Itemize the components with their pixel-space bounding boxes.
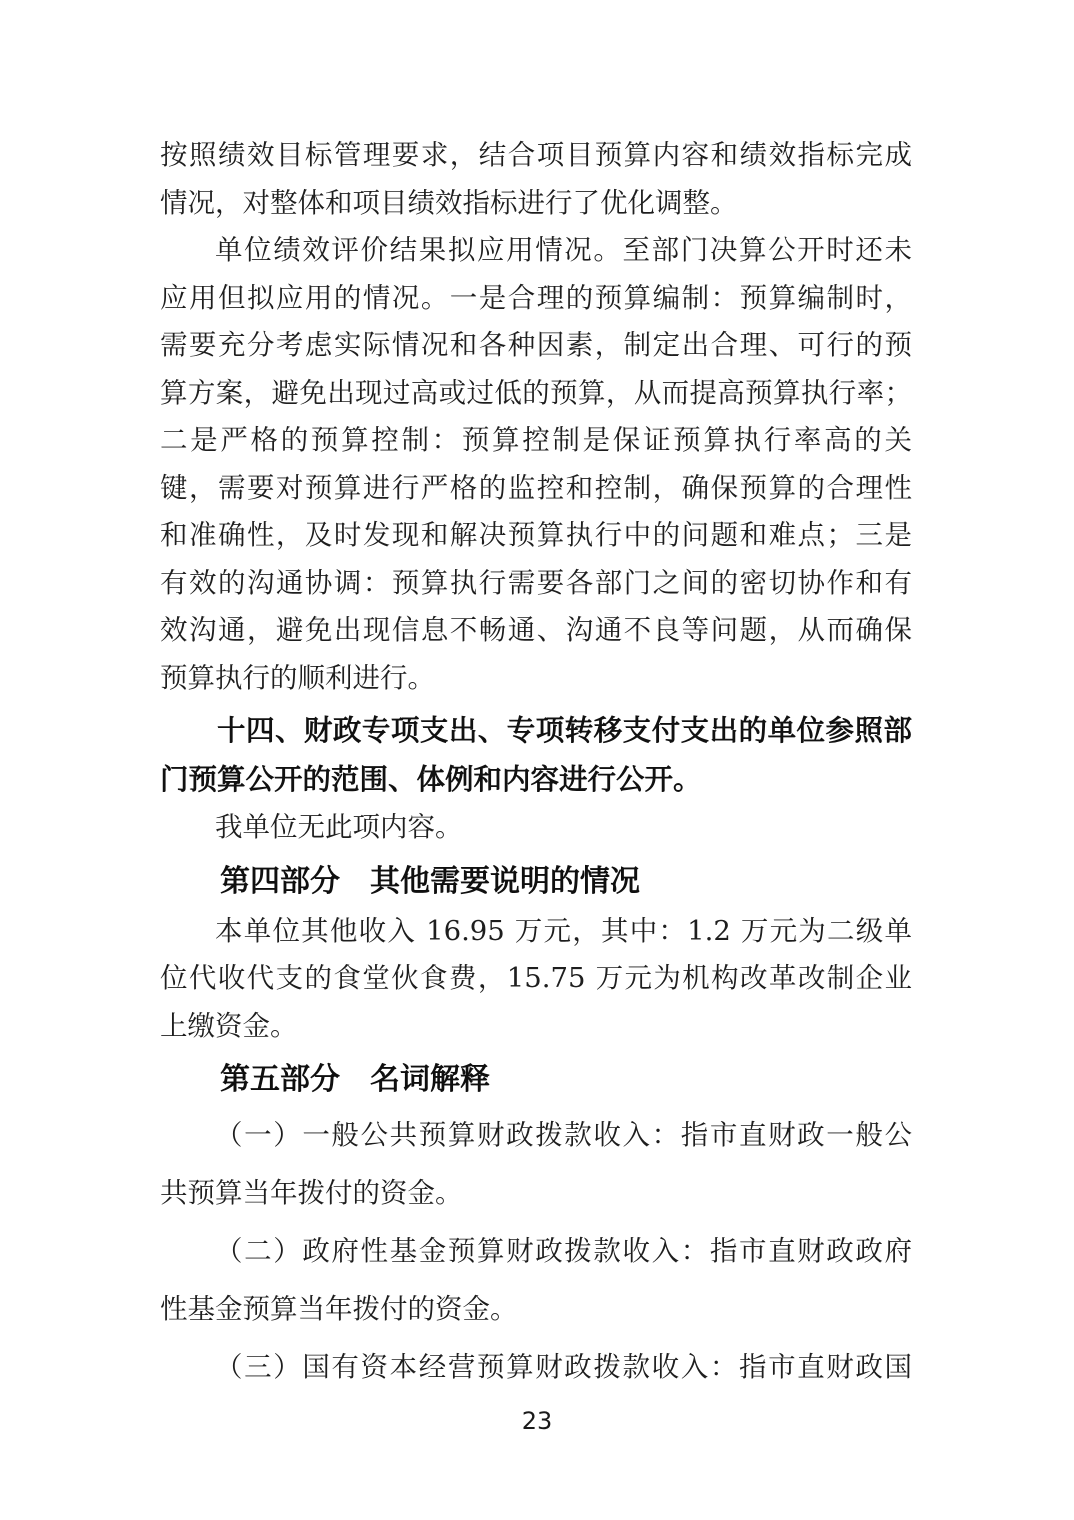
- text-line: 十四、财政专项支出、专项转移支付支出的单位参照部: [160, 706, 912, 755]
- text-line: 需要充分考虑实际情况和各种因素，制定出合理、可行的预: [160, 322, 912, 370]
- text-line: 单位绩效评价结果拟应用情况。至部门决算公开时还未: [160, 227, 912, 275]
- paragraph: 单位绩效评价结果拟应用情况。至部门决算公开时还未应用但拟应用的情况。一是合理的预…: [160, 227, 912, 702]
- paragraph: 第五部分 名词解释: [160, 1056, 912, 1103]
- text-line: 位代收代支的食堂伙食费，15.75 万元为机构改革改制企业: [160, 955, 912, 1003]
- text-line: 按照绩效目标管理要求，结合项目预算内容和绩效指标完成: [160, 132, 912, 180]
- text-line: 共预算当年拨付的资金。: [160, 1164, 912, 1222]
- paragraph: 按照绩效目标管理要求，结合项目预算内容和绩效指标完成情况，对整体和项目绩效指标进…: [160, 132, 912, 227]
- paragraph: 我单位无此项内容。: [160, 804, 912, 852]
- paragraph: 十四、财政专项支出、专项转移支付支出的单位参照部门预算公开的范围、体例和内容进行…: [160, 706, 912, 804]
- text-line: 效沟通，避免出现信息不畅通、沟通不良等问题，从而确保: [160, 607, 912, 655]
- paragraph: 第四部分 其他需要说明的情况: [160, 858, 912, 905]
- text-line: 应用但拟应用的情况。一是合理的预算编制：预算编制时，: [160, 275, 912, 323]
- paragraph: （二）政府性基金预算财政拨款收入：指市直财政政府性基金预算当年拨付的资金。: [160, 1222, 912, 1338]
- page-body: 按照绩效目标管理要求，结合项目预算内容和绩效指标完成情况，对整体和项目绩效指标进…: [160, 132, 912, 1396]
- text-line: 键，需要对预算进行严格的监控和控制，确保预算的合理性: [160, 465, 912, 513]
- page-number: 23: [0, 1404, 1074, 1438]
- text-line: 门预算公开的范围、体例和内容进行公开。: [160, 755, 912, 804]
- text-line: 算方案，避免出现过高或过低的预算，从而提高预算执行率；: [160, 370, 912, 418]
- paragraph: （三）国有资本经营预算财政拨款收入：指市直财政国: [160, 1338, 912, 1396]
- text-line: 第四部分 其他需要说明的情况: [160, 858, 912, 905]
- text-line: 我单位无此项内容。: [160, 804, 912, 852]
- text-line: 情况，对整体和项目绩效指标进行了优化调整。: [160, 180, 912, 228]
- text-line: 性基金预算当年拨付的资金。: [160, 1280, 912, 1338]
- text-line: 和准确性，及时发现和解决预算执行中的问题和难点；三是: [160, 512, 912, 560]
- text-line: 有效的沟通协调：预算执行需要各部门之间的密切协作和有: [160, 560, 912, 608]
- text-line: （一）一般公共预算财政拨款收入：指市直财政一般公: [160, 1106, 912, 1164]
- text-line: 本单位其他收入 16.95 万元，其中：1.2 万元为二级单: [160, 908, 912, 956]
- text-line: 第五部分 名词解释: [160, 1056, 912, 1103]
- text-line: （二）政府性基金预算财政拨款收入：指市直财政政府: [160, 1222, 912, 1280]
- text-line: （三）国有资本经营预算财政拨款收入：指市直财政国: [160, 1338, 912, 1396]
- text-line: 二是严格的预算控制：预算控制是保证预算执行率高的关: [160, 417, 912, 465]
- text-line: 上缴资金。: [160, 1003, 912, 1051]
- text-line: 预算执行的顺利进行。: [160, 655, 912, 703]
- document-page: 按照绩效目标管理要求，结合项目预算内容和绩效指标完成情况，对整体和项目绩效指标进…: [0, 0, 1074, 1520]
- paragraph: 本单位其他收入 16.95 万元，其中：1.2 万元为二级单位代收代支的食堂伙食…: [160, 908, 912, 1051]
- paragraph: （一）一般公共预算财政拨款收入：指市直财政一般公共预算当年拨付的资金。: [160, 1106, 912, 1222]
